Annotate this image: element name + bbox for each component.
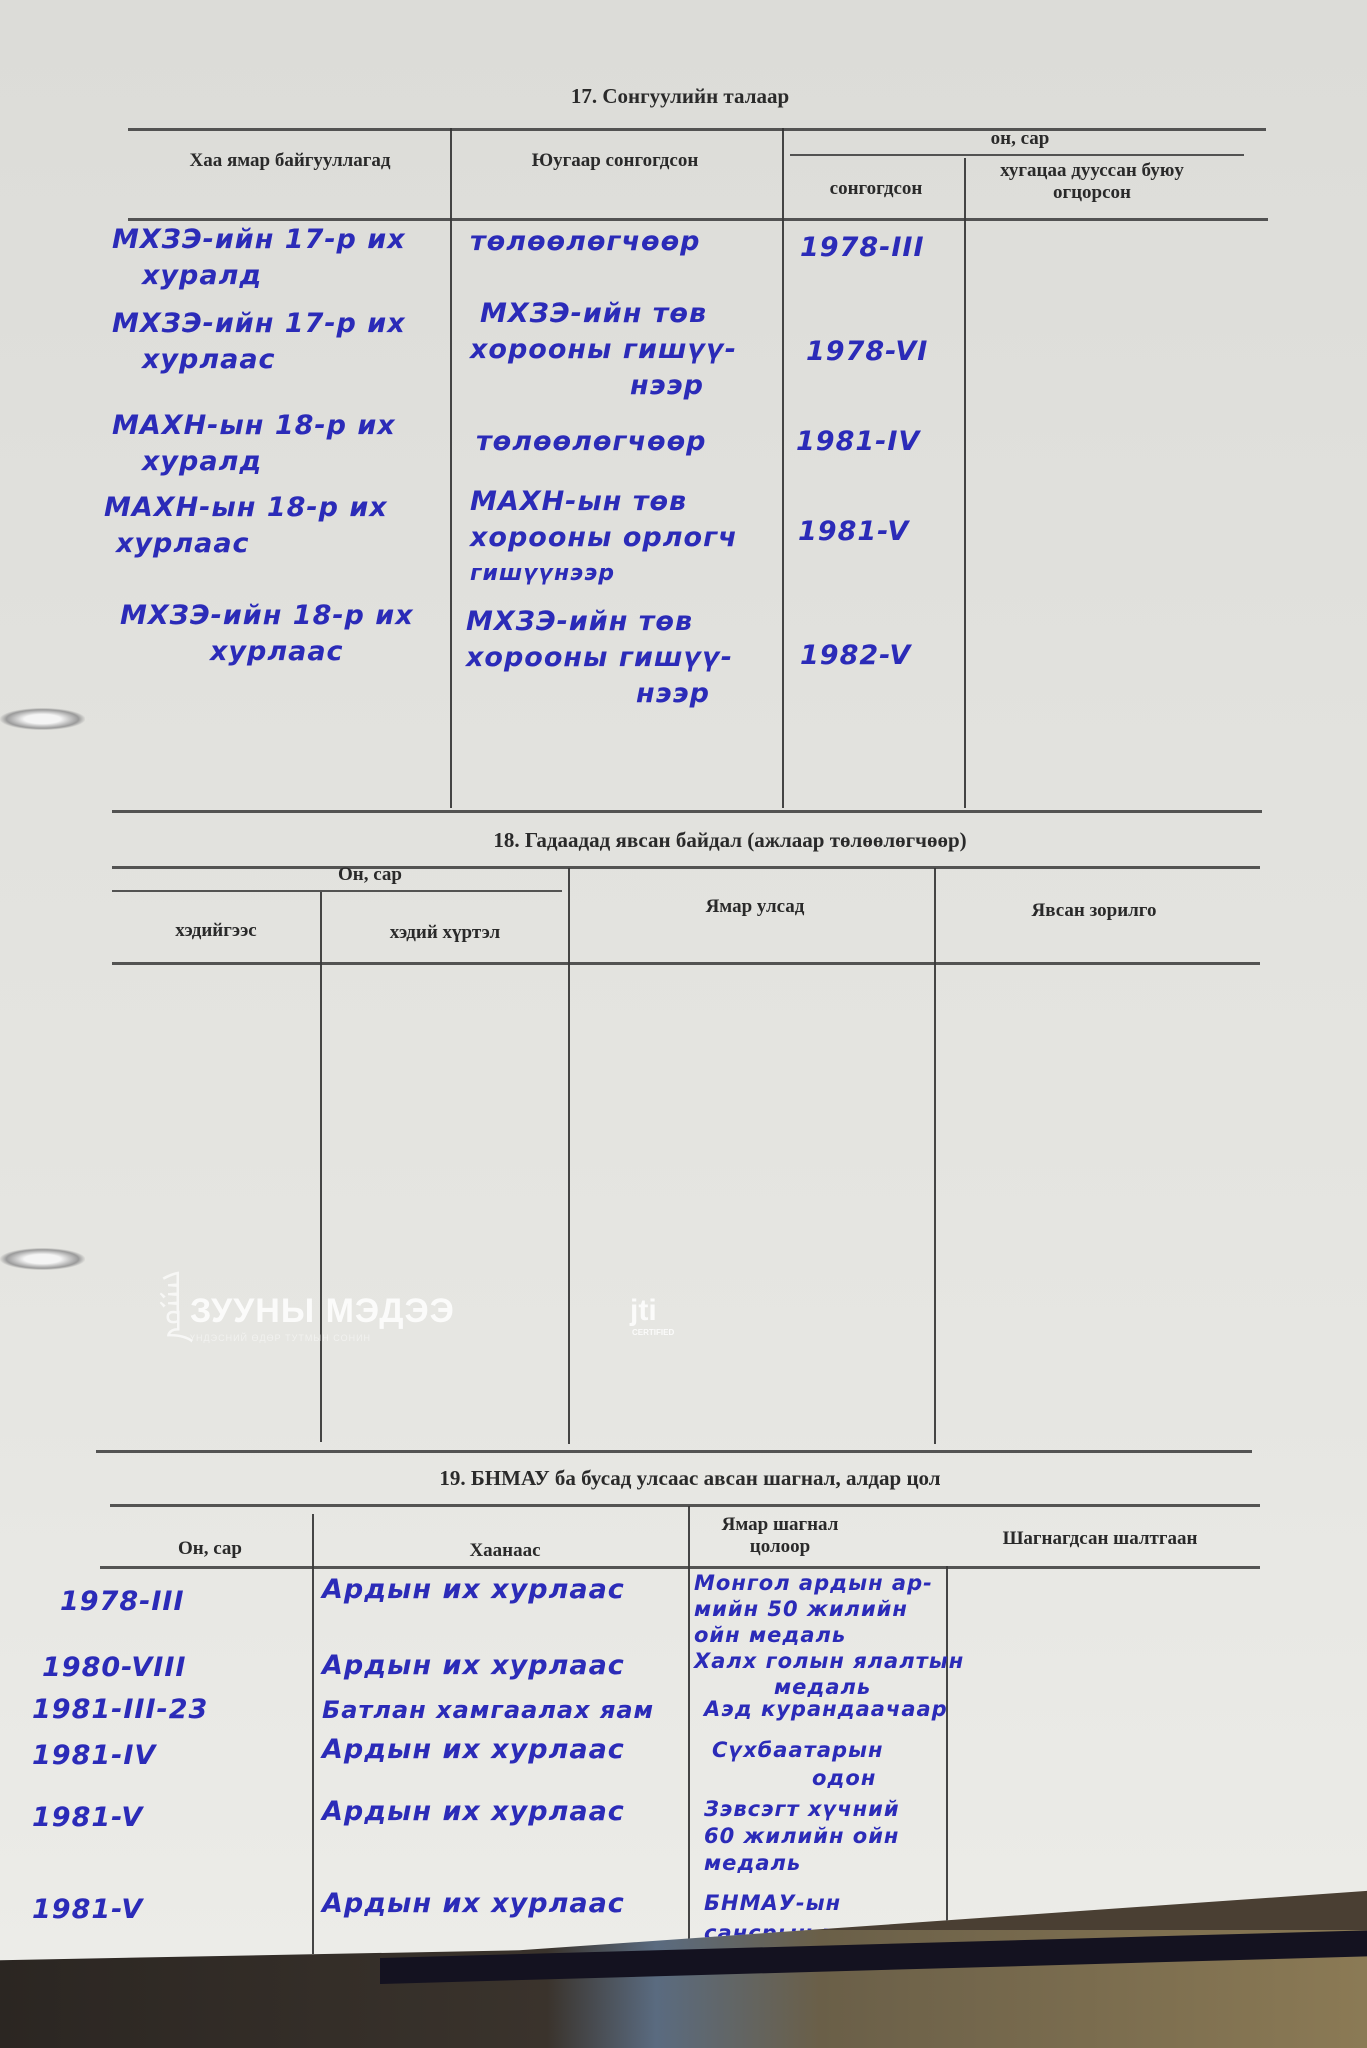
header-purpose: Явсан зорилго bbox=[944, 900, 1244, 922]
cell-elected: 1978-VI bbox=[806, 334, 928, 370]
section-17-title: 17. Сонгуулийн талаар bbox=[430, 84, 930, 109]
cell-elected-as: МХЗЭ-ийн төвхорооны гишүү-нээр bbox=[466, 604, 733, 712]
divider bbox=[112, 866, 1260, 869]
cell-from-whom: Ардын их хурлаас bbox=[322, 1732, 625, 1768]
cell-elected-as: төлөөлөгчөөр bbox=[476, 424, 706, 460]
cell-from-whom: Ардын их хурлаас bbox=[322, 1648, 625, 1684]
cell-date: 1978-III bbox=[60, 1584, 185, 1620]
punch-hole bbox=[0, 708, 85, 730]
header-reason: Шагнагдсан шалтгаан bbox=[950, 1528, 1250, 1550]
cell-date: 1981-V bbox=[32, 1800, 143, 1836]
cell-from-whom: Ардын их хурлаас bbox=[322, 1794, 625, 1830]
cell-elected: 1978-III bbox=[800, 230, 925, 266]
header-elected: сонгогдсон bbox=[794, 178, 958, 200]
cell-award: Аэд курандаачаар bbox=[704, 1696, 948, 1722]
divider bbox=[112, 810, 1262, 813]
cell-organization: МХЗЭ-ийн 18-р иххурлаас bbox=[120, 598, 414, 670]
header-country: Ямар улсад bbox=[580, 896, 930, 918]
column-divider bbox=[688, 1506, 690, 1966]
header-to: хэдий хүртэл bbox=[330, 922, 560, 944]
column-divider bbox=[312, 1514, 314, 1954]
column-divider bbox=[320, 892, 322, 1442]
cell-elected: 1981-IV bbox=[796, 424, 920, 460]
cell-elected-as: МХЗЭ-ийн төвхорооны гишүү-нээр bbox=[480, 296, 737, 404]
watermark-logo: ᠵᠠᠭᠤᠨ ЗУУНЫ МЭДЭЭ ҮНДЭСНИЙ ӨДӨР ТУТМЫН С… bbox=[190, 1292, 455, 1343]
divider bbox=[790, 154, 1244, 156]
divider bbox=[112, 890, 562, 892]
header-year-month: Он, сар bbox=[120, 1538, 300, 1560]
cell-date: 1981-III-23 bbox=[32, 1692, 208, 1728]
cell-elected: 1981-V bbox=[798, 514, 909, 550]
cell-from-whom: Ардын их хурлаас bbox=[322, 1572, 625, 1608]
header-year-month: он, сар bbox=[960, 128, 1080, 150]
mongolian-script-glyph: ᠵᠠᠭᠤᠨ bbox=[148, 1270, 204, 1343]
partner-logo: jti bbox=[630, 1294, 657, 1328]
document-page: 17. Сонгуулийн талаар Хаа ямар байгуулла… bbox=[0, 0, 1367, 1980]
column-divider bbox=[934, 868, 936, 1444]
cell-elected-as: МАХН-ын төвхорооны орлогчгишүүнээр bbox=[470, 484, 738, 592]
column-divider bbox=[946, 1566, 948, 1961]
column-divider bbox=[782, 128, 784, 808]
cell-award: Сүхбаатарынодон bbox=[712, 1736, 884, 1792]
cell-organization: МХЗЭ-ийн 17-р иххуралд bbox=[112, 222, 406, 294]
cell-award: Зэвсэгт хүчний60 жилийн ойнмедаль bbox=[704, 1796, 900, 1877]
cell-award: Монгол ардын ар-мийн 50 жилийнойн медаль bbox=[694, 1570, 933, 1648]
cell-organization: МАХН-ын 18-р иххуралд bbox=[112, 408, 396, 480]
cell-from-whom: Ардын их хурлаас bbox=[322, 1886, 625, 1922]
column-divider bbox=[450, 128, 452, 808]
header-from: хэдийгээс bbox=[118, 920, 314, 942]
section-19-title: 19. БНМАУ ба бусад улсаас авсан шагнал, … bbox=[300, 1466, 1080, 1491]
column-divider bbox=[568, 868, 570, 1444]
cell-from-whom: Батлан хамгаалах яам bbox=[322, 1692, 654, 1728]
cell-organization: МАХН-ын 18-р иххурлаас bbox=[104, 490, 388, 562]
divider bbox=[110, 1504, 1260, 1507]
watermark-brand: ЗУУНЫ МЭДЭЭ bbox=[190, 1292, 455, 1331]
punch-hole bbox=[0, 1248, 85, 1270]
header-elected-as: Юугаар сонгогдсон bbox=[460, 150, 770, 172]
divider bbox=[112, 962, 1260, 965]
section-18-title: 18. Гадаадад явсан байдал (ажлаар төлөөл… bbox=[380, 828, 1080, 853]
partner-certified: CERTIFIED bbox=[632, 1328, 674, 1337]
cell-elected-as: төлөөлөгчөөр bbox=[470, 224, 700, 260]
divider bbox=[128, 128, 1266, 131]
column-divider bbox=[964, 158, 966, 808]
divider bbox=[128, 218, 1268, 221]
cell-elected: 1982-V bbox=[800, 638, 911, 674]
cell-date: 1981-V bbox=[32, 1892, 143, 1928]
header-term-ended: хугацаа дууссан буюу огцорсон bbox=[972, 160, 1212, 204]
cell-organization: МХЗЭ-ийн 17-р иххурлаас bbox=[112, 306, 406, 378]
cell-award: Халх голын ялалтынмедаль bbox=[694, 1648, 964, 1700]
divider bbox=[100, 1566, 1260, 1569]
cell-date: 1980-VIII bbox=[42, 1650, 186, 1686]
header-award: Ямар шагнал цолоор bbox=[700, 1514, 860, 1558]
divider bbox=[96, 1450, 1252, 1453]
watermark-tagline: ҮНДЭСНИЙ ӨДӨР ТУТМЫН СОНИН bbox=[190, 1333, 455, 1343]
header-year-month: Он, сар bbox=[300, 864, 440, 886]
cell-date: 1981-IV bbox=[32, 1738, 156, 1774]
header-organization: Хаа ямар байгууллагад bbox=[140, 150, 440, 172]
header-from-whom: Хаанаас bbox=[330, 1540, 680, 1562]
